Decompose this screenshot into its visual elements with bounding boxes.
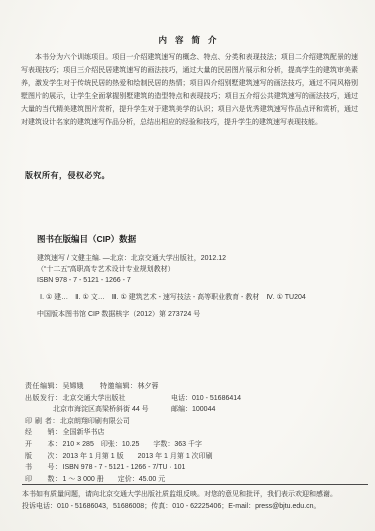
colophon-row-edition: 版 次：2013 年 1 月第 1 版 2013 年 1 月第 1 次印刷 (25, 451, 360, 463)
publisher-address: 北京市海淀区高梁桥斜街 44 号 (25, 406, 149, 413)
edition-label: 版 次： (25, 453, 63, 460)
colophon-row-format: 开 本：210 × 285 印张：10.25 字数：363 千字 (25, 439, 360, 451)
publisher-name: 北京交通大学出版社 (63, 395, 126, 402)
format-label: 开 本： (25, 441, 63, 448)
publisher-phone: 电话：010 - 51686414 (171, 393, 241, 405)
colophon-row-publisher: 出版发行：北京交通大学出版社 电话：010 - 51686414 (25, 393, 360, 405)
cip-record-line: 中国版本图书馆 CIP 数据核字（2012）第 273724 号 (37, 309, 200, 319)
colophon-row-editors: 责任编辑：吴嫦娥 特邀编辑：林夕蓉 (25, 381, 360, 393)
invited-editor-name: 林夕蓉 (138, 383, 159, 390)
cip-title: 图书在版编目（CIP）数据 (37, 233, 136, 245)
cip-block: 建筑速写 / 文健主编. —北京：北京交通大学出版社，2012.12 （“十二五… (37, 253, 337, 286)
intro-body: 本书分为六个训练项目。项目一介绍建筑速写的概念、特点、分类和表现技法；项目二介绍… (21, 51, 358, 129)
isbn-label: 书 号： (25, 464, 63, 471)
colophon-row-printer: 印 刷 者：北京朗翔印刷有限公司 (25, 416, 360, 428)
edition-value: 2013 年 1 月第 1 版 2013 年 1 月第 1 次印刷 (63, 453, 213, 460)
distributor-label: 经 销： (25, 429, 63, 436)
quality-notice-line1: 本书如有质量问题，请向北京交通大学出版社质监组反映。对您的意见和批评，我们表示欢… (22, 489, 364, 501)
quality-notice: 本书如有质量问题，请向北京交通大学出版社质监组反映。对您的意见和批评，我们表示欢… (22, 489, 364, 512)
colophon-row-distributor: 经 销：全国新华书店 (25, 427, 360, 439)
colophon: 责任编辑：吴嫦娥 特邀编辑：林夕蓉 出版发行：北京交通大学出版社 电话：010 … (25, 381, 360, 485)
cip-isbn-line: ISBN 978 - 7 - 5121 - 1266 - 7 (37, 275, 337, 286)
quality-notice-line2: 投诉电话：010 - 51686043，51686008；传真：010 - 62… (22, 501, 364, 513)
cip-classification-line: Ⅰ. ① 建… Ⅱ. ① 文… Ⅲ. ① 建筑艺术 - 速写技法 - 高等职业教… (40, 292, 306, 302)
format-value: 210 × 285 印张：10.25 字数：363 千字 (63, 441, 202, 448)
cip-book-line: 建筑速写 / 文健主编. —北京：北京交通大学出版社，2012.12 (37, 253, 337, 264)
print-run-label: 印 数： (25, 476, 63, 483)
copyright-notice: 版权所有，侵权必究。 (25, 170, 110, 181)
colophon-row-address: 北京市海淀区高梁桥斜街 44 号 邮编：100044 (25, 404, 360, 416)
intro-title: 内容简介 (0, 34, 375, 46)
invited-editor: 特邀编辑：林夕蓉 (100, 381, 159, 393)
responsible-editor-name: 吴嫦娥 (63, 383, 84, 390)
colophon-row-isbn: 书 号：ISBN 978 - 7 - 5121 - 1266 - 7/TU · … (25, 462, 360, 474)
invited-editor-label: 特邀编辑： (100, 383, 138, 390)
postal-code: 邮编：100044 (171, 404, 215, 416)
printer-label: 印 刷 者： (25, 418, 60, 425)
responsible-editor-label: 责任编辑： (25, 383, 63, 390)
isbn-value: ISBN 978 - 7 - 5121 - 1266 - 7/TU · 101 (63, 464, 186, 471)
footer-divider (22, 484, 368, 485)
print-run-value: 1 ～ 3 000 册 定价：45.00 元 (63, 476, 166, 483)
printer-name: 北京朗翔印刷有限公司 (60, 418, 130, 425)
book-copyright-page: 内容简介 本书分为六个训练项目。项目一介绍建筑速写的概念、特点、分类和表现技法；… (0, 0, 375, 531)
publisher-label: 出版发行： (25, 395, 63, 402)
distributor-name: 全国新华书店 (63, 429, 105, 436)
cip-series-line: （“十二五”高职高专艺术设计专业规划教材） (37, 264, 337, 275)
